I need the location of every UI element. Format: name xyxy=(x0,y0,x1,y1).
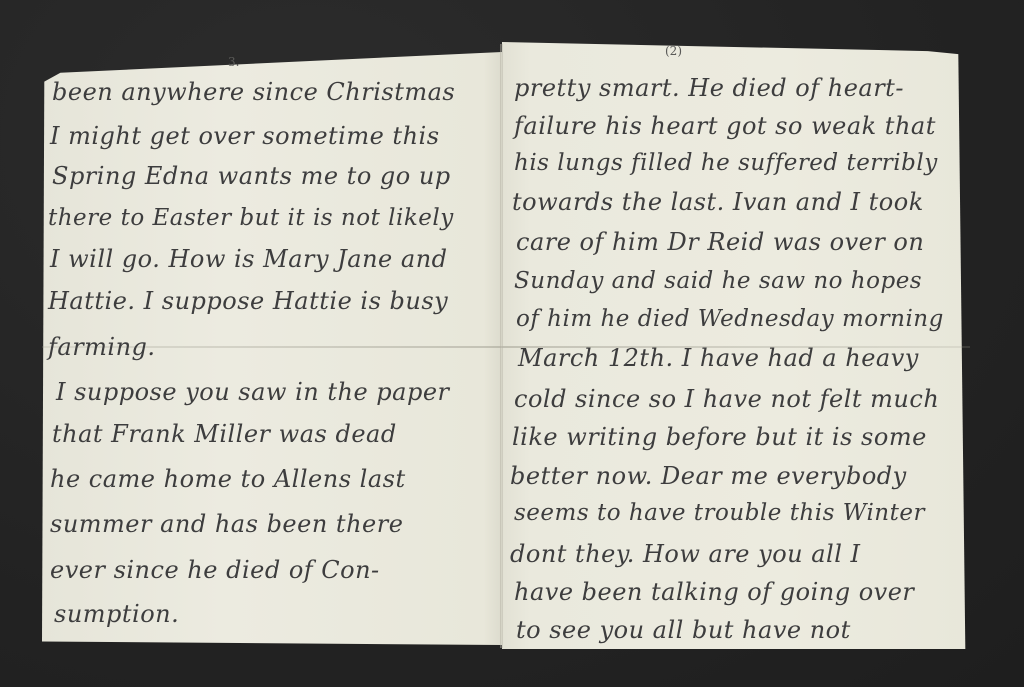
left-line-9: that Frank Miller was dead xyxy=(52,420,397,448)
right-line-9: cold since so I have not felt much xyxy=(514,385,939,413)
right-page-number: (2) xyxy=(665,44,682,58)
left-line-6: Hattie. I suppose Hattie is busy xyxy=(48,287,448,315)
left-line-12: ever since he died of Con- xyxy=(50,556,380,584)
left-line-5: I will go. How is Mary Jane and xyxy=(50,245,448,273)
right-line-3: his lungs filled he suffered terribly xyxy=(514,150,938,176)
right-line-7: of him he died Wednesday morning xyxy=(516,306,944,332)
right-line-12: seems to have trouble this Winter xyxy=(514,500,925,526)
right-line-6: Sunday and said he saw no hopes xyxy=(514,268,922,294)
right-line-4: towards the last. Ivan and I took xyxy=(512,188,924,216)
letter: 3. (2) been anywhere since Christmas I m… xyxy=(0,0,1024,687)
right-line-1: pretty smart. He died of heart- xyxy=(514,74,904,102)
center-fold-crease xyxy=(500,44,503,648)
left-line-2: I might get over sometime this xyxy=(50,122,440,150)
left-page-number: 3. xyxy=(228,55,239,69)
right-line-2: failure his heart got so weak that xyxy=(514,112,936,140)
left-line-13: sumption. xyxy=(54,600,179,628)
left-line-11: summer and has been there xyxy=(50,510,403,538)
right-line-10: like writing before but it is some xyxy=(512,423,927,451)
right-line-14: have been talking of going over xyxy=(514,578,914,606)
right-line-11: better now. Dear me everybody xyxy=(510,462,907,490)
left-line-7: farming. xyxy=(48,333,156,361)
right-line-13: dont they. How are you all I xyxy=(510,540,861,568)
left-line-3: Spring Edna wants me to go up xyxy=(52,162,451,190)
left-line-10: he came home to Allens last xyxy=(50,465,406,493)
right-line-15: to see you all but have not xyxy=(516,616,851,644)
right-line-5: care of him Dr Reid was over on xyxy=(516,228,924,256)
left-line-4: there to Easter but it is not likely xyxy=(48,205,454,231)
left-line-8: I suppose you saw in the paper xyxy=(56,378,450,406)
right-line-8: March 12th. I have had a heavy xyxy=(518,344,919,372)
left-line-1: been anywhere since Christmas xyxy=(52,78,455,106)
